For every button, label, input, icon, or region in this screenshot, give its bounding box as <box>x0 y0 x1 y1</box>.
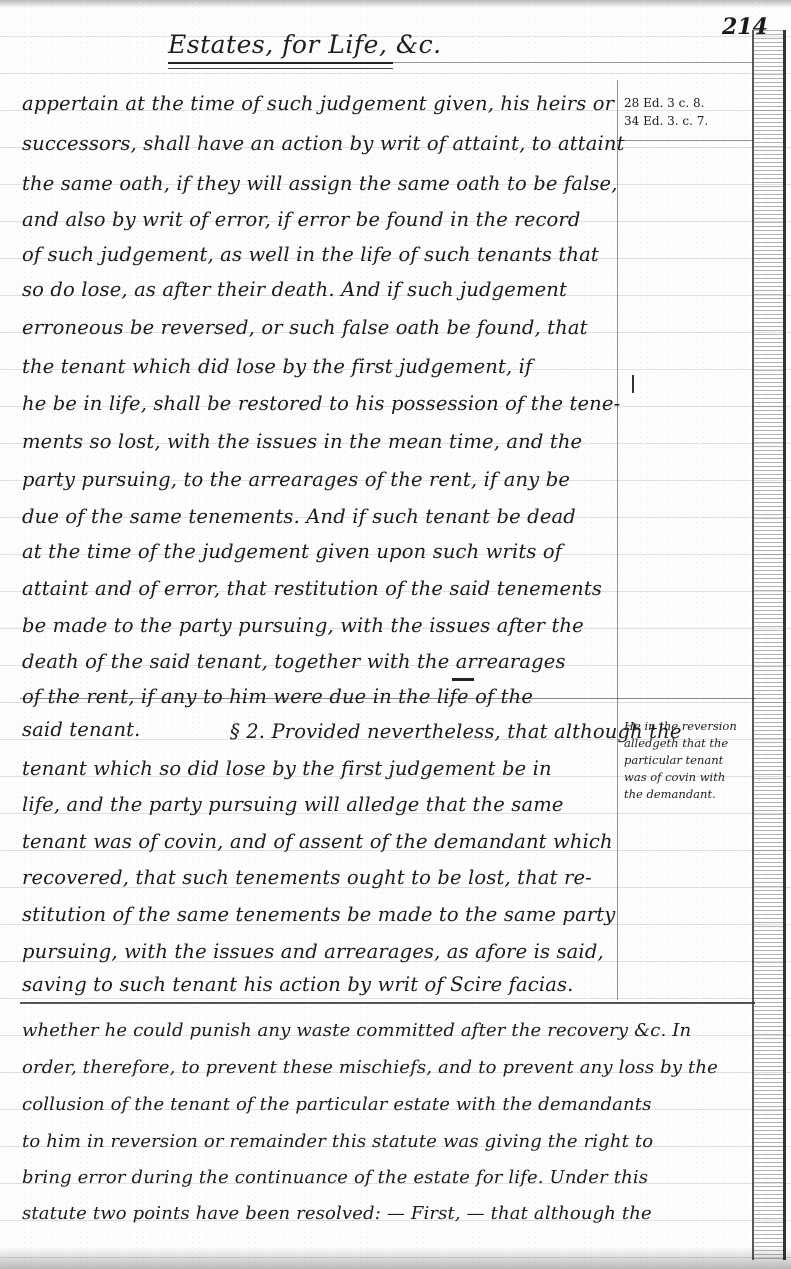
margin-gloss: He in the reversion alledgeth that the p… <box>624 718 744 803</box>
text-line: party pursuing, to the arrearages of the… <box>22 468 612 491</box>
text-line: the same oath, if they will assign the s… <box>22 172 612 195</box>
text-line: saving to such tenant his action by writ… <box>22 973 612 996</box>
text-line: stitution of the same tenements be made … <box>22 903 612 926</box>
margin-notes-divider <box>617 140 754 141</box>
outer-ruling <box>752 30 754 1260</box>
page-title: Estates, for Life, &c. <box>168 30 442 59</box>
text-line: statute two points have been resolved: —… <box>22 1203 742 1224</box>
text-line: collusion of the tenant of the particula… <box>22 1094 742 1115</box>
text-line: tenant which so did lose by the first ju… <box>22 757 612 780</box>
section-heading: § 2. Provided nevertheless, that althoug… <box>230 720 682 743</box>
text-line: and also by writ of error, if error be f… <box>22 208 612 231</box>
text-line: appertain at the time of such judgement … <box>22 92 612 115</box>
margin-tick-mark <box>632 375 634 393</box>
page-number: 214 <box>722 14 768 40</box>
text-line: attaint and of error, that restitution o… <box>22 577 612 600</box>
commentary-divider <box>20 1002 755 1004</box>
text-line: death of the said tenant, together with … <box>22 650 612 673</box>
margin-ruling <box>617 80 618 1000</box>
statute-ref: 28 Ed. 3 c. 8. <box>624 94 708 112</box>
manuscript-page: Estates, for Life, &c. 214 28 Ed. 3 c. 8… <box>0 0 791 1269</box>
title-rule <box>393 62 753 63</box>
text-line: due of the same tenements. And if such t… <box>22 505 612 528</box>
text-line: pursuing, with the issues and arrearages… <box>22 940 612 963</box>
statute-references: 28 Ed. 3 c. 8. 34 Ed. 3. c. 7. <box>624 94 708 130</box>
text-line: successors, shall have an action by writ… <box>22 132 612 155</box>
gloss-line: the demandant. <box>624 786 744 803</box>
text-line: be made to the party pursuing, with the … <box>22 614 612 637</box>
text-line: of such judgement, as well in the life o… <box>22 243 612 266</box>
page-top-edge <box>0 0 791 8</box>
text-line: life, and the party pursuing will alledg… <box>22 793 612 816</box>
text-line: to him in reversion or remainder this st… <box>22 1131 742 1152</box>
text-line: he be in life, shall be restored to his … <box>22 392 612 415</box>
gloss-line: was of covin with <box>624 769 744 786</box>
text-line: bring error during the continuance of th… <box>22 1167 742 1188</box>
title-underline <box>168 62 393 69</box>
gloss-line: He in the reversion <box>624 718 744 735</box>
gloss-line: particular tenant <box>624 752 744 769</box>
gloss-line: alledgeth that the <box>624 735 744 752</box>
page-border <box>783 30 786 1260</box>
text-line: the tenant which did lose by the first j… <box>22 355 612 378</box>
text-line: at the time of the judgement given upon … <box>22 540 612 563</box>
text-line: of the rent, if any to him were due in t… <box>22 685 612 708</box>
page-bottom-edge <box>0 1247 791 1269</box>
binding-edge <box>754 30 783 1260</box>
text-line: tenant was of covin, and of assent of th… <box>22 830 612 853</box>
text-line: erroneous be reversed, or such false oat… <box>22 316 612 339</box>
text-line: whether he could punish any waste commit… <box>22 1020 742 1041</box>
text-line: ments so lost, with the issues in the me… <box>22 430 612 453</box>
statute-ref: 34 Ed. 3. c. 7. <box>624 112 708 130</box>
text-line: recovered, that such tenements ought to … <box>22 866 612 889</box>
text-line: so do lose, as after their death. And if… <box>22 278 612 301</box>
text-line: order, therefore, to prevent these misch… <box>22 1057 742 1078</box>
dash-mark <box>452 678 474 681</box>
